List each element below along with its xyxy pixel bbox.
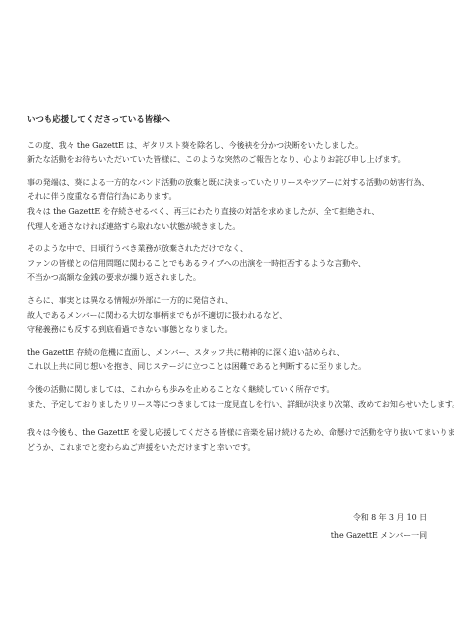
text-line: 守秘義務にも反する到底看過できない事態となりました。 — [27, 323, 427, 338]
text-line: どうか、これまでと変わらぬご声援をいただけますと幸いです。 — [27, 441, 427, 456]
paragraph: 我々は今後も、the GazettE を愛し応援してくださる皆様に音楽を届け続け… — [27, 426, 427, 455]
text-line: これ以上共に同じ想いを抱き、同じステージに立つことは困難であると判断するに至りま… — [27, 360, 427, 375]
text-line: それに伴う度重なる背信行為にあります。 — [27, 190, 427, 205]
text-line: 新たな活動をお待ちいただいていた皆様に、このような突然のご報告となり、心よりお詫… — [27, 153, 427, 168]
signature-line: the GazettE メンバー一同 — [27, 527, 427, 545]
text-line: 我々は今後も、the GazettE を愛し応援してくださる皆様に音楽を届け続け… — [27, 426, 427, 441]
announcement-document: いつも応援してくださっている皆様へ この度、我々 the GazettE は、ギ… — [0, 0, 454, 640]
text-line: the GazettE 存続の危機に直面し、メンバー、スタッフ共に精神的に深く追… — [27, 346, 427, 361]
date-line: 令和 8 年 3 月 10 日 — [27, 509, 427, 527]
paragraph: この度、我々 the GazettE は、ギタリスト葵を除名し、今後袂を分かつ決… — [27, 139, 427, 168]
paragraph: さらに、事実とは異なる情報が外部に一方的に発信され、故人であるメンバーに関わる大… — [27, 294, 427, 338]
text-line: 事の発端は、葵による一方的なバンド活動の放棄と既に決まっていたリリースやツアーに… — [27, 176, 427, 191]
text-line: 代理人を通さなければ連絡すら取れない状態が続きました。 — [27, 220, 427, 235]
text-line: さらに、事実とは異なる情報が外部に一方的に発信され、 — [27, 294, 427, 309]
document-heading: いつも応援してくださっている皆様へ — [27, 113, 427, 128]
signoff-block: 令和 8 年 3 月 10 日 the GazettE メンバー一同 — [27, 509, 427, 544]
document-body: この度、我々 the GazettE は、ギタリスト葵を除名し、今後袂を分かつ決… — [27, 139, 427, 456]
text-line: ファンの皆様との信用問題に関わることでもあるライブへの出演を一時拒否するような言… — [27, 257, 427, 272]
paragraph: the GazettE 存続の危機に直面し、メンバー、スタッフ共に精神的に深く追… — [27, 346, 427, 375]
paragraph: そのような中で、日頃行うべき業務が放棄されただけでなく、ファンの皆様との信用問題… — [27, 242, 427, 286]
text-line: 故人であるメンバーに関わる大切な事柄までもが不適切に扱われるなど、 — [27, 309, 427, 324]
text-line: また、予定しておりましたリリース等につきましては一度見直しを行い、詳細が決まり次… — [27, 398, 427, 413]
text-line: この度、我々 the GazettE は、ギタリスト葵を除名し、今後袂を分かつ決… — [27, 139, 427, 154]
text-line: そのような中で、日頃行うべき業務が放棄されただけでなく、 — [27, 242, 427, 257]
paragraph: 事の発端は、葵による一方的なバンド活動の放棄と既に決まっていたリリースやツアーに… — [27, 176, 427, 234]
text-line: 我々は the GazettE を存続させるべく、再三にわたり直接の対話を求めま… — [27, 205, 427, 220]
text-line: 今後の活動に関しましては、これからも歩みを止めることなく継続していく所存です。 — [27, 383, 427, 398]
paragraph: 今後の活動に関しましては、これからも歩みを止めることなく継続していく所存です。ま… — [27, 383, 427, 412]
text-line: 不当かつ高額な金銭の要求が繰り返されました。 — [27, 271, 427, 286]
